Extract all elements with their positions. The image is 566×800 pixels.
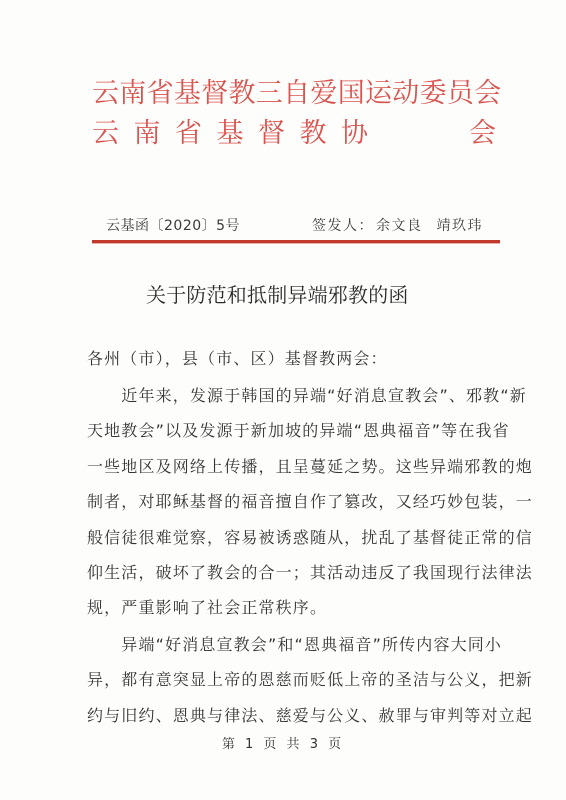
signer-2: 靖玖玮 [437, 218, 484, 234]
red-divider-rule [92, 240, 500, 243]
org-name-cc-right: 会 [469, 118, 496, 150]
document-number: 云基函〔2020〕5号 [106, 215, 240, 235]
signer-label: 签发人： [312, 218, 374, 234]
salutation: 各州（市），县（市、区）基督教两会： [87, 346, 388, 369]
body-line: 近年来，发源于韩国的异端“好消息宣教会”、邪教“新 [87, 383, 527, 406]
org-name-cc: 云南省基督教协 会 [92, 118, 496, 150]
org-name-cc-left: 云南省基督教协 [92, 118, 383, 150]
document-page: 云南省基督教三自爱国运动委员会 云南省基督教协 会 云基函〔2020〕5号 签发… [0, 0, 566, 800]
body-line: 规，严重影响了社会正常秩序。 [87, 595, 327, 618]
body-line: 一些地区及网络上传播，且呈蔓延之势。这些异端邪教的炮 [87, 454, 533, 477]
body-line: 仰生活，破坏了教会的合一；其活动违反了我国现行法律法 [87, 560, 533, 583]
document-title: 关于防范和抵制异端邪教的函 [146, 279, 409, 308]
body-line: 制者，对耶稣基督的福音擅自作了篡改，又经巧妙包装，一 [87, 489, 533, 512]
org-name-tspm: 云南省基督教三自爱国运动委员会 [92, 78, 496, 110]
body-line: 异端“好消息宣教会”和“恩典福音”所传内容大同小 [87, 632, 502, 655]
signers: 签发人：余文良靖玖玮 [312, 215, 483, 235]
body-line: 天地教会”以及发源于新加坡的异端“恩典福音”等在我省 [87, 418, 510, 441]
body-line: 异，都有意突显上帝的恩慈而贬低上帝的圣洁与公义，把新 [87, 667, 533, 690]
signer-1: 余文良 [376, 218, 423, 234]
page-indicator: 第 1 页 共 3 页 [0, 733, 566, 752]
body-line: 般信徒很难觉察，容易被诱惑随从，扰乱了基督徒正常的信 [87, 525, 533, 548]
body-line: 约与旧约、恩典与律法、慈爱与公义、赦罪与审判等对立起 [87, 703, 533, 726]
